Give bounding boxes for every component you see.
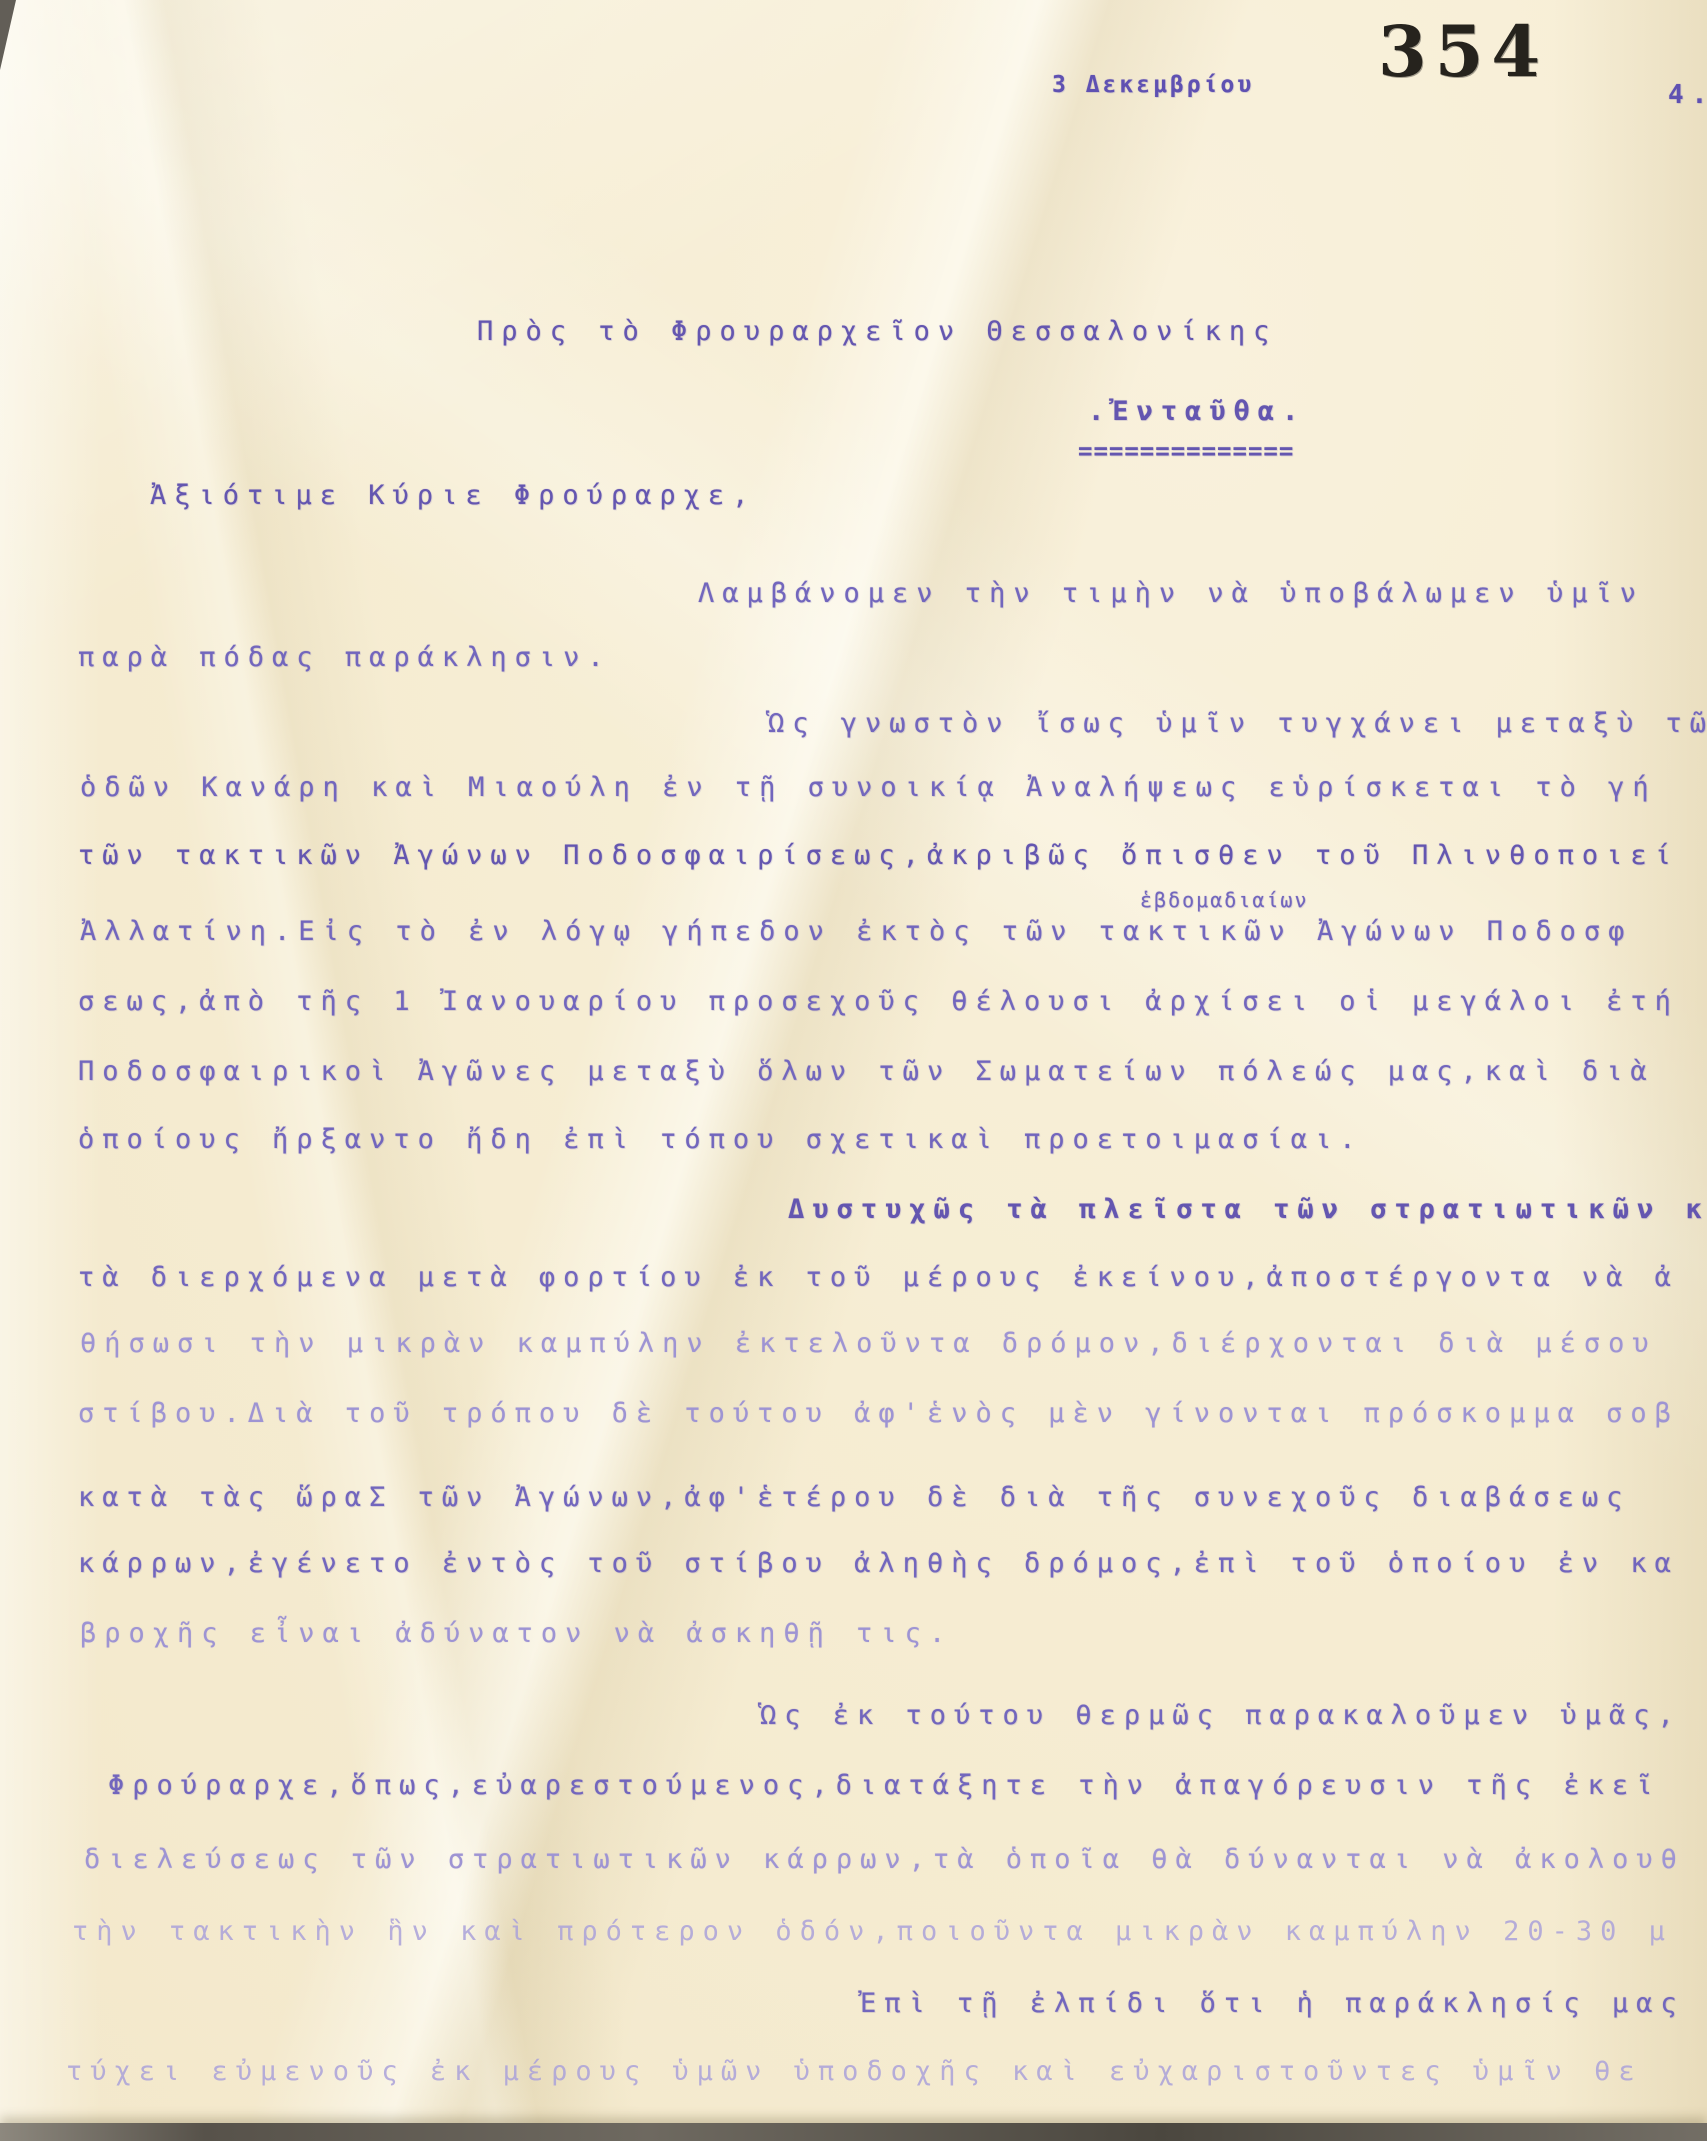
typed-line: Δυστυχῶς τὰ πλεῖστα τῶν στρατιωτικῶν κά <box>788 1194 1707 1225</box>
typed-line: Ἐπὶ τῇ ἐλπίδι ὅτι ἡ παράκλησίς μας αὕτ <box>860 1988 1707 2019</box>
typed-line: ὁποίους ἤρξαντο ἤδη ἐπὶ τόπου σχετικαὶ π… <box>78 1124 1364 1155</box>
date-fragment: 4. <box>1668 80 1707 110</box>
date-line: 3 Δεκεμβρίου <box>1052 72 1254 98</box>
typed-line: κάρρων,ἐγένετο ἐντὸς τοῦ στίβου ἀληθὴς δ… <box>78 1548 1679 1579</box>
typed-line: Ποδοσφαιρικοὶ Ἀγῶνες μεταξὺ ὅλων τῶν Σωμ… <box>78 1056 1655 1087</box>
place-line: .Ἐνταῦθα. <box>1088 396 1306 427</box>
typed-line: Ἀλλατίνη.Εἰς τὸ ἐν λόγῳ γήπεδον ἐκτὸς τῶ… <box>80 916 1632 947</box>
typed-line: διελεύσεως τῶν στρατιωτικῶν κάρρων,τὰ ὁπ… <box>84 1844 1685 1875</box>
typed-line: σεως,ἀπὸ τῆς 1 Ἰανουαρίου προσεχοῦς θέλο… <box>78 986 1679 1017</box>
interline-insertion: ἑβδομαδιαίων <box>1140 888 1309 912</box>
typed-line: τύχει εὐμενοῦς ἐκ μέρους ὑμῶν ὑποδοχῆς κ… <box>66 2056 1643 2087</box>
typed-line: Ὡς ἐκ τούτου θερμῶς παρακαλοῦμεν ὑμᾶς, <box>760 1700 1682 1731</box>
typed-line: Ὡς γνωστὸν ἴσως ὑμῖν τυγχάνει μεταξὺ τῶ <box>768 708 1707 739</box>
page-number-stamp: 354 <box>1378 10 1548 93</box>
scanned-letter-page: 354 3 Δεκεμβρίου 4. Πρὸς τὸ Φρουραρχεῖον… <box>0 0 1707 2141</box>
typed-line: Φρούραρχε,ὅπως,εὐαρεστούμενος,διατάξητε … <box>108 1770 1660 1801</box>
typed-line: στίβου.Διὰ τοῦ τρόπου δὲ τούτου ἀφ'ἑνὸς … <box>78 1398 1679 1429</box>
typed-line: τὰ διερχόμενα μετὰ φορτίου ἐκ τοῦ μέρους… <box>78 1262 1679 1293</box>
scan-bottom-edge <box>0 2123 1707 2141</box>
typed-line: θήσωσι τὴν μικρὰν καμπύλην ἐκτελοῦντα δρ… <box>80 1328 1657 1359</box>
typed-line: βροχῆς εἶναι ἀδύνατον νὰ ἀσκηθῇ τις. <box>80 1618 953 1649</box>
typed-line: παρὰ πόδας παράκλησιν. <box>78 642 612 673</box>
salutation-line: Ἀξιότιμε Κύριε Φρούραρχε, <box>150 480 756 511</box>
typed-line: Λαμβάνομεν τὴν τιμὴν νὰ ὑποβάλωμεν ὑμῖν <box>698 578 1644 609</box>
typed-line: κατὰ τὰς ὥραΣ τῶν Ἀγώνων,ἀφ'ἑτέρου δὲ δι… <box>78 1482 1630 1513</box>
scan-corner-shadow <box>0 0 16 70</box>
typed-line: ὁδῶν Κανάρη καὶ Μιαούλη ἐν τῇ συνοικίᾳ Ἀ… <box>80 772 1657 803</box>
typed-line: τῶν τακτικῶν Ἀγώνων Ποδοσφαιρίσεως,ἀκριβ… <box>78 840 1679 871</box>
place-underline: ============== <box>1078 437 1294 465</box>
typed-line: τὴν τακτικὴν ἣν καὶ πρότερον ὁδόν,ποιοῦν… <box>72 1916 1673 1947</box>
recipient-line: Πρὸς τὸ Φρουραρχεῖον Θεσσαλονίκης <box>477 316 1277 347</box>
